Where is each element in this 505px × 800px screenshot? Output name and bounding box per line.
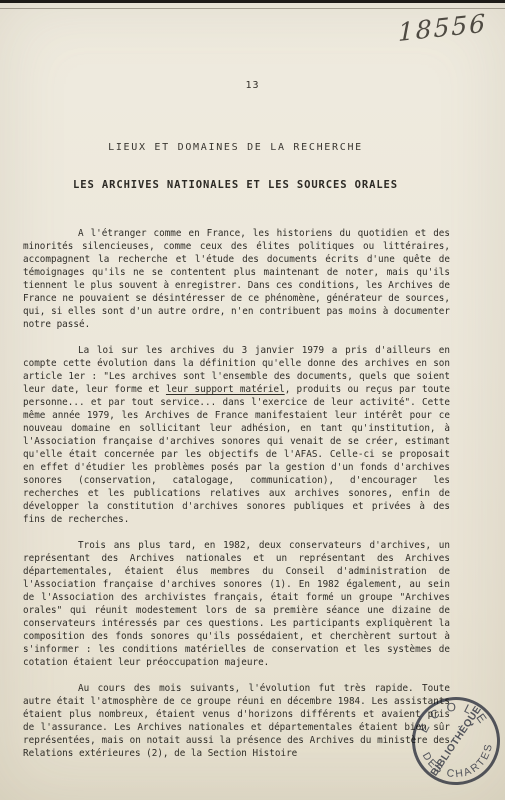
- paragraph-3: Trois ans plus tard, en 1982, deux conse…: [23, 539, 450, 669]
- scan-top-rule: [0, 8, 505, 9]
- paragraph-2: La loi sur les archives du 3 janvier 197…: [23, 344, 450, 526]
- page-number: 13: [0, 80, 505, 91]
- library-round-stamp: ÉCOLE BIBLIOTHÈQUE DES CHARTES: [406, 691, 505, 791]
- paragraph-1: A l'étranger comme en France, les histor…: [23, 227, 450, 331]
- body-text: A l'étranger comme en France, les histor…: [23, 227, 450, 773]
- stamp-top-text: ÉCOLE: [414, 697, 495, 736]
- paragraph-4: Au cours des mois suivants, l'évolution …: [23, 682, 450, 760]
- paragraph-2-after: , produits ou reçus par toute personne..…: [23, 384, 450, 525]
- scan-top-edge: [0, 0, 505, 3]
- handwritten-accession-number: 18556: [398, 8, 487, 47]
- scanned-document-page: 18556 13 LIEUX ET DOMAINES DE LA RECHERC…: [0, 0, 505, 800]
- section-title: LIEUX ET DOMAINES DE LA RECHERCHE: [23, 142, 448, 153]
- paragraph-2-underlined-phrase: leur support matériel: [166, 384, 285, 395]
- document-title: LES ARCHIVES NATIONALES ET LES SOURCES O…: [23, 179, 448, 191]
